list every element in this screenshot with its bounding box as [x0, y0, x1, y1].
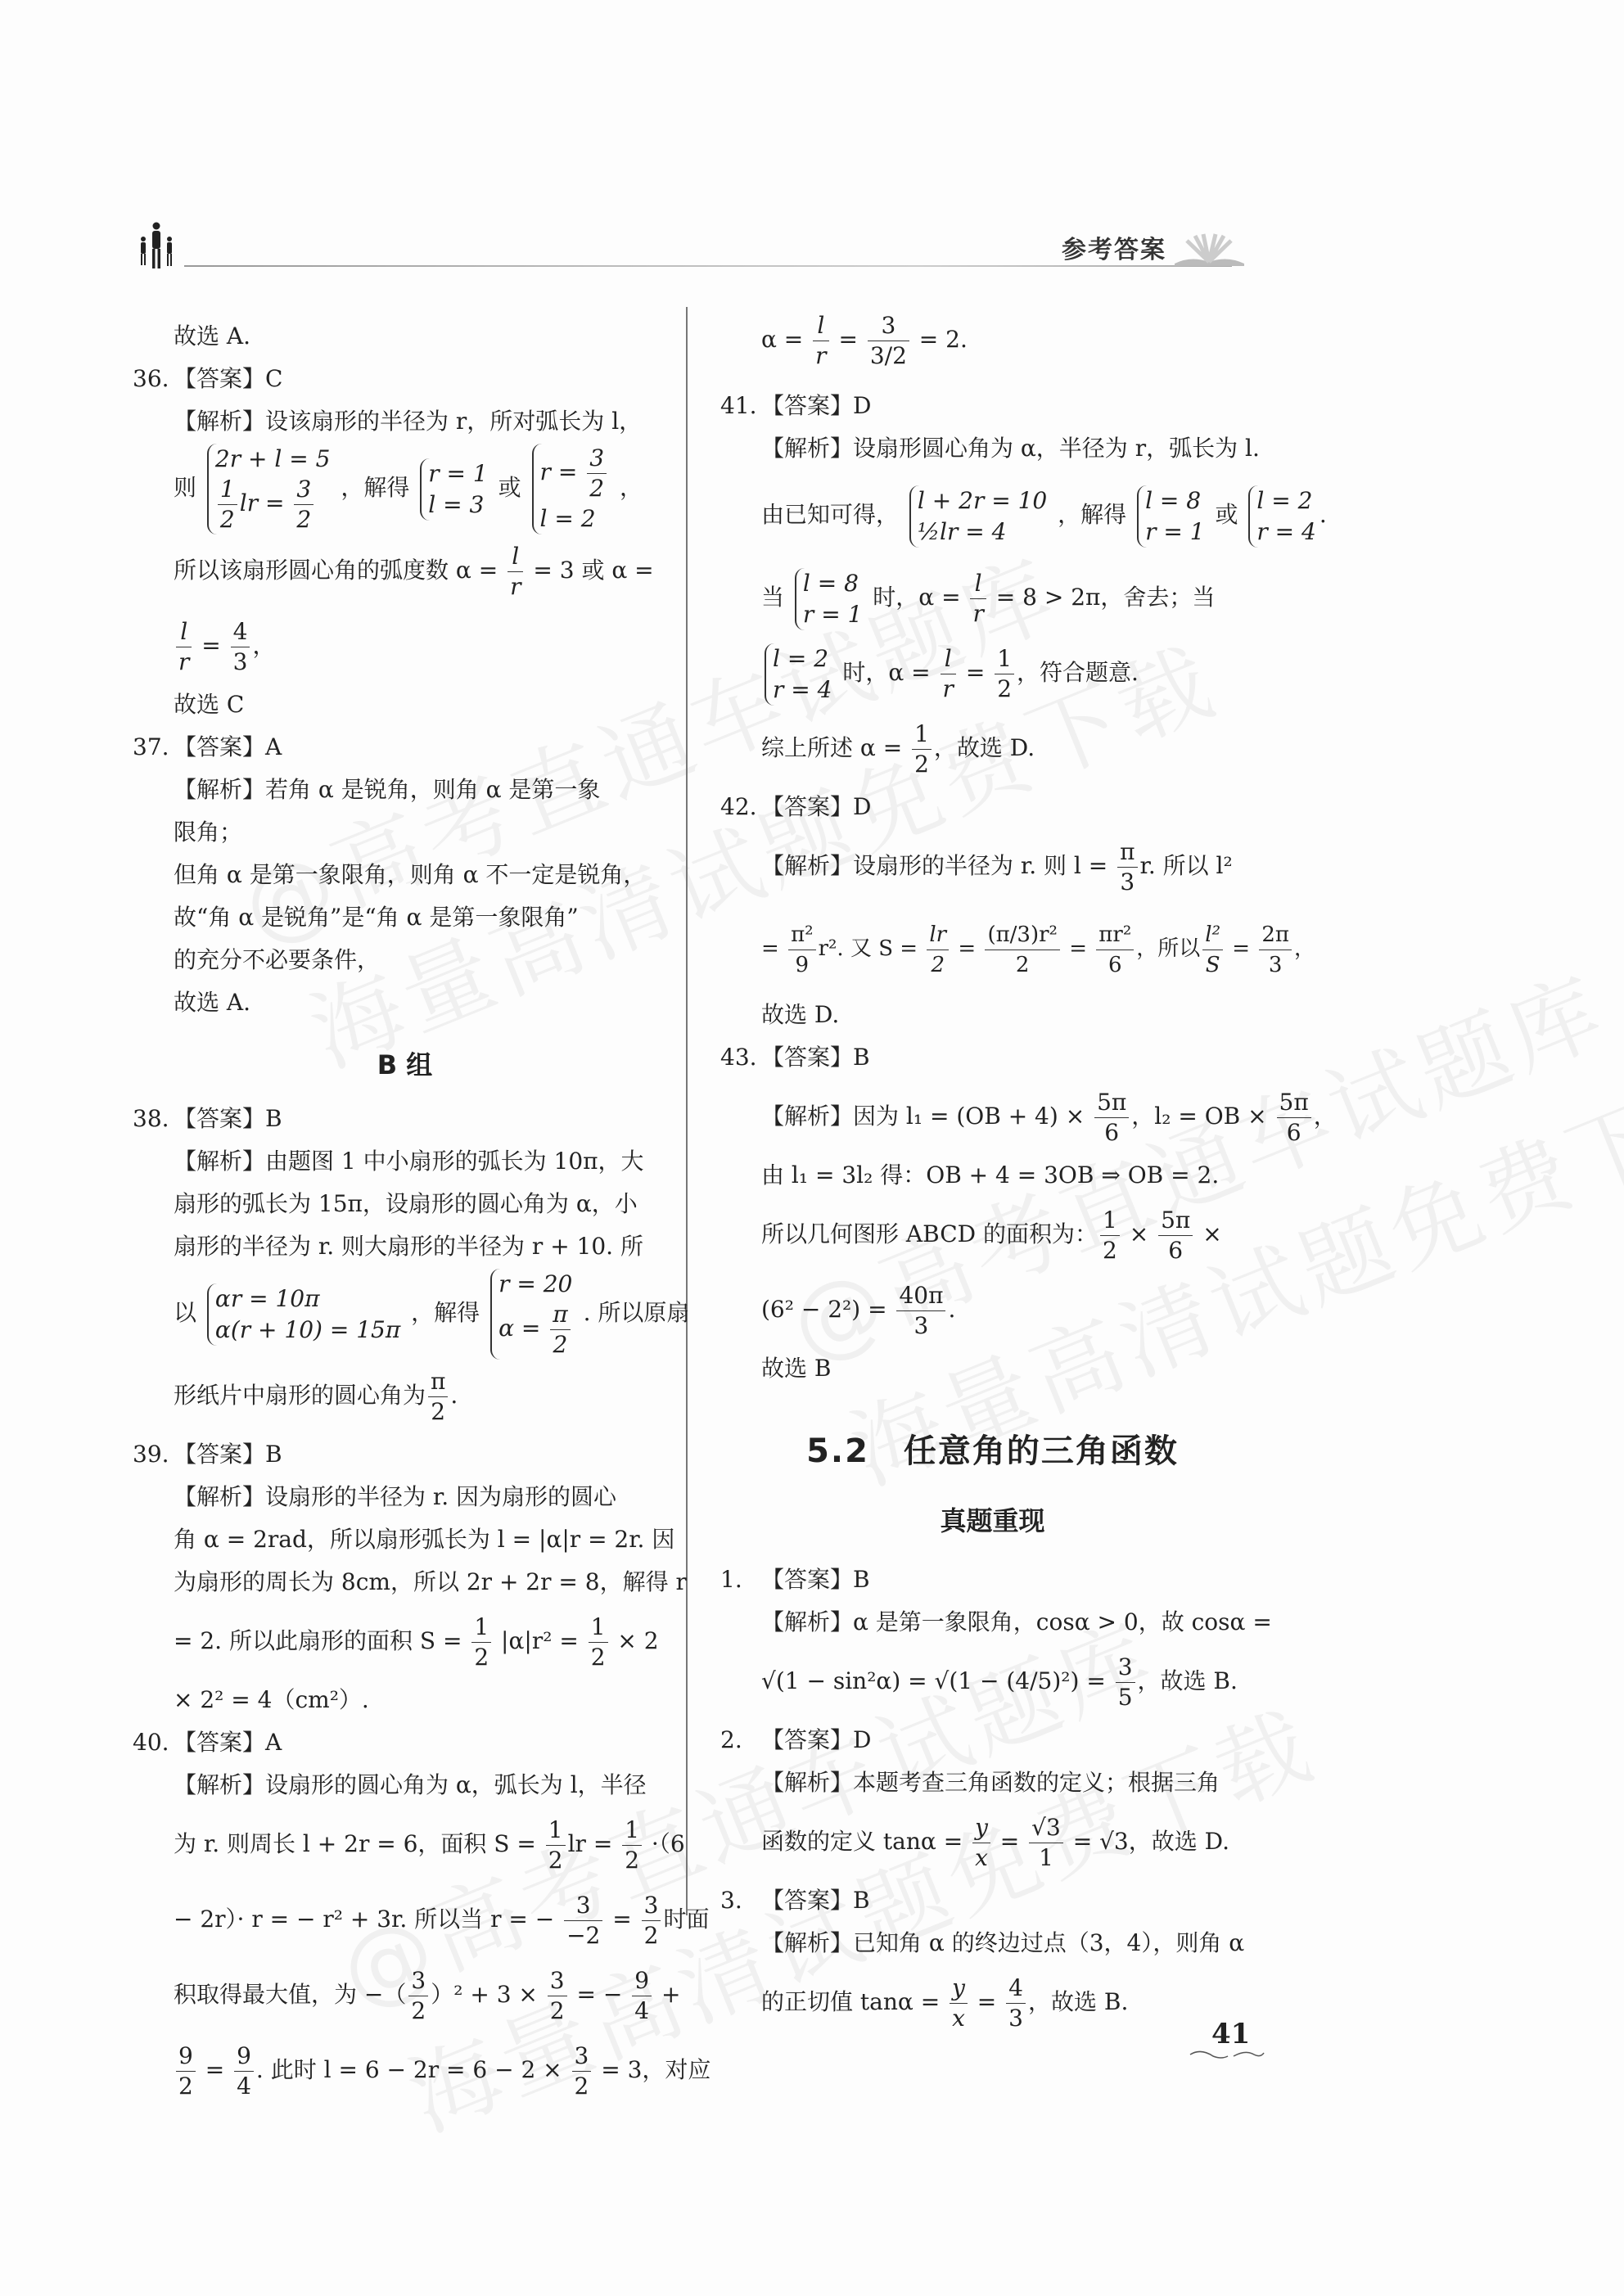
open-book-icon	[1171, 231, 1248, 267]
equation-line: 为 r. 则周长 l + 2r = 6，面积 S = 12lr = 12 ·（6	[133, 1807, 677, 1882]
text-line: 故选 B	[720, 1347, 1265, 1390]
text-line: 扇形的弧长为 15π，设扇形的圆心角为 α，小	[133, 1183, 677, 1225]
question-36: 36.【答案】C	[133, 358, 677, 400]
text-line: 【解析】若角 α 是锐角，则角 α 是第一象	[133, 769, 677, 811]
text-line: × 2² = 4（cm²）.	[133, 1679, 677, 1721]
equation-line: 由已知可得， l + 2r = 10½lr = 4 ，解得 l = 8r = 1…	[720, 470, 1265, 560]
answer: 【答案】C	[174, 365, 282, 392]
equation-line: 积取得最大值，为 −（32）² + 3 × 32 = − 94 +	[133, 1957, 677, 2032]
left-column: 故选 A. 36.【答案】C 【解析】设该扇形的半径为 r，所对弧长为 l， 则…	[133, 315, 677, 2108]
chapter-heading: 5.2 任意角的三角函数	[720, 1423, 1265, 1480]
equation-line: 函数的定义 tanα = yx = √31 = √3，故选 D.	[720, 1804, 1265, 1879]
question-2: 2.【答案】D	[720, 1719, 1265, 1761]
question-3: 3.【答案】B	[720, 1879, 1265, 1922]
column-divider	[686, 307, 688, 1915]
text-line: 【解析】已知角 α 的终边过点（3，4），则角 α	[720, 1922, 1265, 1964]
text-line: 故选 A.	[133, 315, 677, 358]
question-38: 38.【答案】B	[133, 1098, 677, 1140]
equation-line: 综上所述 α = 12，故选 D.	[720, 710, 1265, 786]
section-heading: 真题重现	[720, 1496, 1265, 1545]
equation-line: 以 αr = 10πα(r + 10) = 15π ，解得 r = 20α = …	[133, 1268, 677, 1358]
question-43: 43.【答案】B	[720, 1036, 1265, 1079]
question-42: 42.【答案】D	[720, 786, 1265, 828]
flourish-ornament-icon	[1189, 2048, 1266, 2061]
header-title: 参考答案	[1062, 229, 1166, 265]
page-header: 参考答案	[135, 219, 1265, 277]
text-line: 限角；	[133, 811, 677, 854]
text-line: 【解析】α 是第一象限角，cosα > 0，故 cosα =	[720, 1601, 1265, 1644]
header-rule	[184, 265, 1232, 267]
question-41: 41.【答案】D	[720, 385, 1265, 427]
text-line: 扇形的半径为 r. 则大扇形的半径为 r + 10. 所	[133, 1225, 677, 1268]
text-line: 角 α = 2rad，所以扇形弧长为 l = |α|r = 2r. 因	[133, 1518, 677, 1561]
equation-line: 则 2r + l = 5 12lr = 32 ，解得 r = 1l = 3 或 …	[133, 443, 677, 533]
equation-line: 当 l = 8r = 1 时，α = lr = 8 > 2π，舍去；当	[720, 560, 1265, 635]
text-line: 由 l₁ = 3l₂ 得：OB + 4 = 3OB ⇒ OB = 2.	[720, 1154, 1265, 1197]
page-number: 41	[1211, 2018, 1250, 2050]
text-line: 故选 A.	[133, 981, 677, 1024]
runners-silhouette-icon	[135, 221, 184, 272]
equation-line: = 2. 所以此扇形的面积 S = 12 |α|r² = 12 × 2	[133, 1604, 677, 1679]
text-line: 为扇形的周长为 8cm，所以 2r + 2r = 8，解得 r	[133, 1561, 677, 1604]
equation-line: √(1 − sin²α) = √(1 − (4/5)²) = 35，故选 B.	[720, 1644, 1265, 1719]
equation-line: = π²9r². 又 S = lr2 = (π/3)r²2 = πr²6，所以l…	[720, 904, 1265, 994]
text-line: 【解析】由题图 1 中小扇形的弧长为 10π，大	[133, 1140, 677, 1183]
equation-line: α = lr = 33/2 = 2.	[720, 295, 1265, 385]
text-line: 但角 α 是第一象限角，则角 α 不一定是锐角，	[133, 854, 677, 896]
equation-line: 【解析】因为 l₁ = (OB + 4) × 5π6，l₂ = OB × 5π6…	[720, 1079, 1265, 1154]
equation-line: lr = 43，	[133, 608, 677, 683]
question-39: 39.【答案】B	[133, 1433, 677, 1476]
text-line: 【解析】设扇形的圆心角为 α，弧长为 l，半径	[133, 1764, 677, 1807]
equation-line: − 2r）· r = − r² + 3r. 所以当 r = − 3−2 = 32…	[133, 1882, 677, 1957]
equation-system: r = 32 l = 2	[532, 444, 609, 535]
text-line: 故选 C	[133, 683, 677, 726]
question-1: 1.【答案】B	[720, 1558, 1265, 1601]
equation-system: 2r + l = 5 12lr = 32	[207, 444, 331, 535]
equation-line: 形纸片中扇形的圆心角为π2.	[133, 1358, 677, 1433]
equation-line: 所以该扇形圆心角的弧度数 α = lr = 3 或 α =	[133, 533, 677, 608]
question-number: 36.	[133, 358, 174, 400]
equation-line: 92 = 94. 此时 l = 6 − 2r = 6 − 2 × 32 = 3，…	[133, 2032, 677, 2108]
group-heading: B 组	[133, 1040, 677, 1089]
right-column: α = lr = 33/2 = 2. 41.【答案】D 【解析】设扇形圆心角为 …	[720, 295, 1265, 2040]
equation-line: (6² − 2²) = 40π3.	[720, 1272, 1265, 1347]
equation-line: 的正切值 tanα = yx = 43，故选 B.	[720, 1964, 1265, 2040]
equation-line: 所以几何图形 ABCD 的面积为：12 × 5π6 ×	[720, 1197, 1265, 1272]
text-line: 【解析】设扇形的半径为 r. 因为扇形的圆心	[133, 1476, 677, 1518]
document-page: @高考直通车试题库 海量高清试题免费下载 @高考直通车试题库 海量高清试题免费下…	[0, 0, 1624, 2296]
text-line: 故“角 α 是锐角”是“角 α 是第一象限角”	[133, 896, 677, 939]
question-37: 37.【答案】A	[133, 726, 677, 769]
equation-line: 【解析】设扇形的半径为 r. 则 l = π3r. 所以 l²	[720, 828, 1265, 904]
equation-system: r = 1l = 3	[420, 458, 487, 521]
equation-line: l = 2r = 4 时，α = lr = 12，符合题意.	[720, 635, 1265, 710]
text-line: 【解析】本题考查三角函数的定义；根据三角	[720, 1761, 1265, 1804]
text-line: 故选 D.	[720, 994, 1265, 1036]
text-line: 【解析】设扇形圆心角为 α，半径为 r，弧长为 l.	[720, 427, 1265, 470]
text-line: 的充分不必要条件，	[133, 939, 677, 981]
text-line: 【解析】设该扇形的半径为 r，所对弧长为 l，	[133, 400, 677, 443]
question-40: 40.【答案】A	[133, 1721, 677, 1764]
